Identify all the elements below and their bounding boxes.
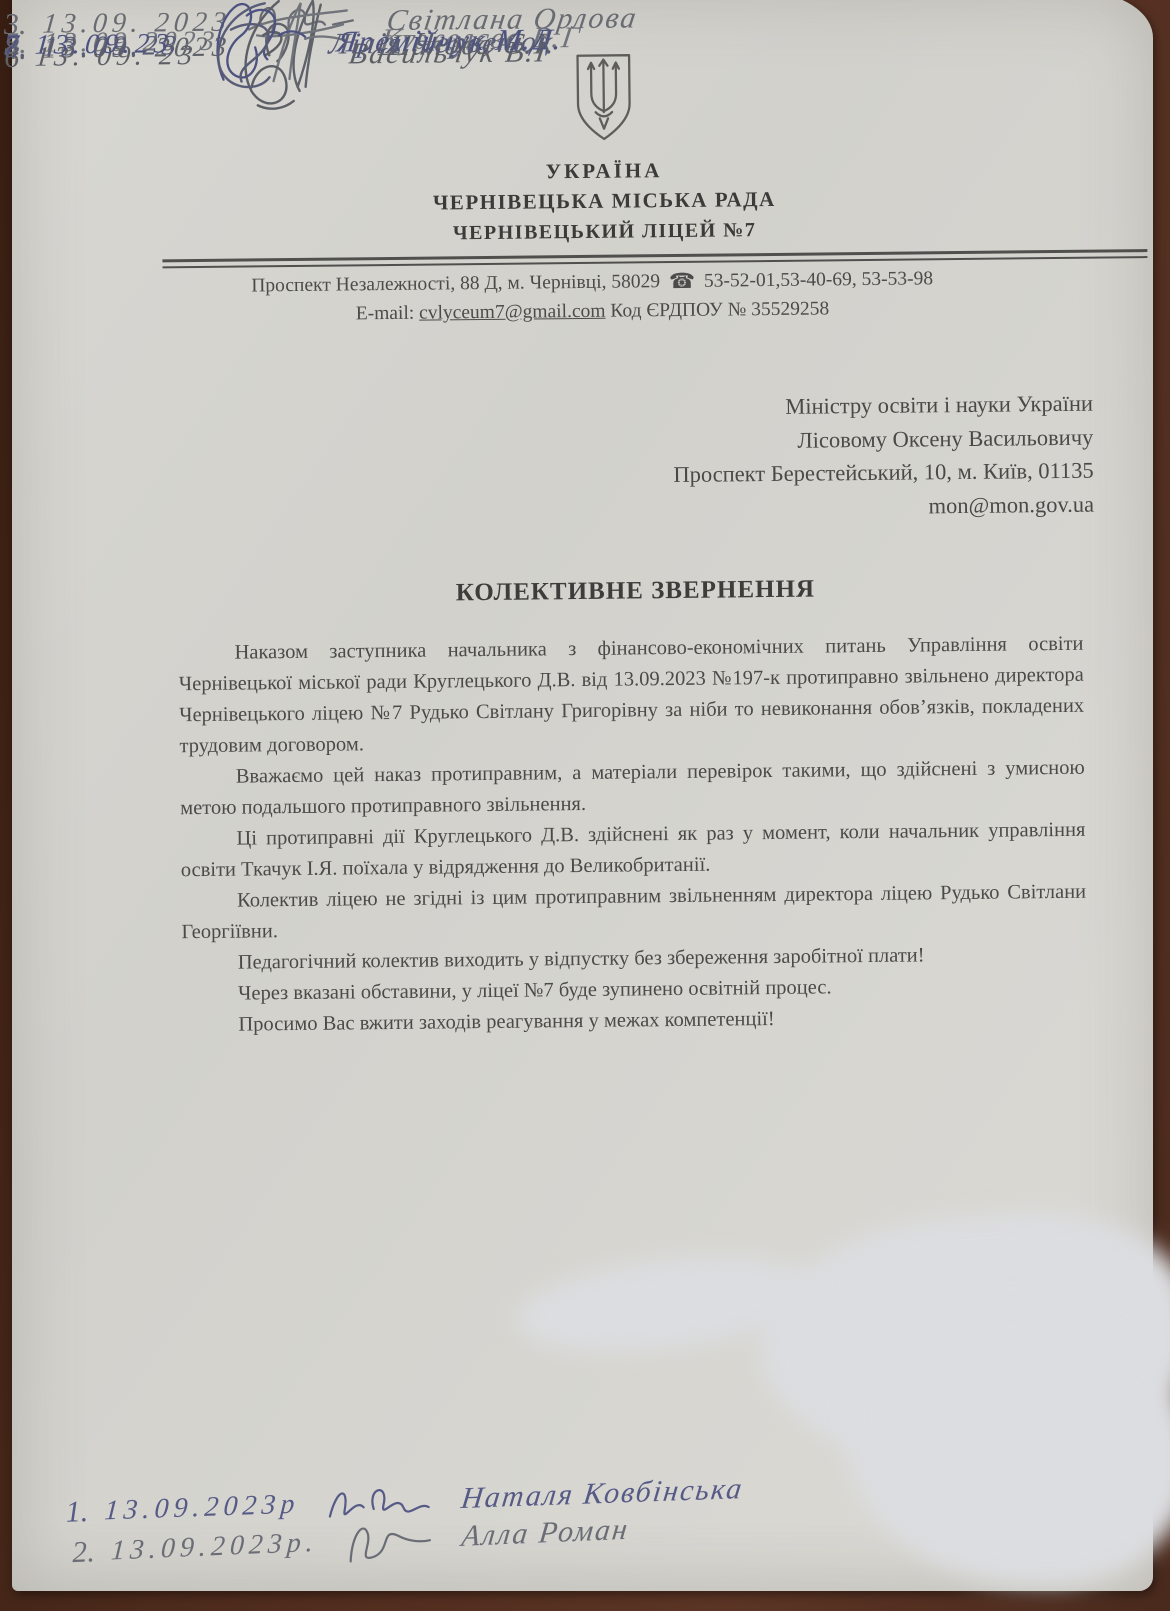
body-paragraph: Вважаємо цей наказ протиправним, а матер… xyxy=(180,753,1086,824)
body-paragraph: Ці протиправні дії Круглецького Д.В. зді… xyxy=(180,815,1086,886)
recipient-line: mon@mon.gov.ua xyxy=(674,487,1095,525)
signature-row: 8. 13.09.23 Лілія Червенюк xyxy=(4,0,554,98)
signature-number: 1. xyxy=(65,1495,89,1530)
body-paragraph: Наказом заступника начальника з фінансов… xyxy=(178,629,1084,762)
signature-scribble-icon xyxy=(204,0,301,96)
signature-number: 2. xyxy=(71,1535,95,1570)
letterhead-contacts: Проспект Незалежності, 88 Д, м. Чернівці… xyxy=(7,262,1149,332)
phone-numbers: 53-52-01,53-40-69, 53-53-98 xyxy=(704,268,933,291)
signature-name: Лілія Червенюк xyxy=(326,25,556,61)
signature-scribble-icon xyxy=(340,1514,434,1572)
photo-background: { "letterhead": { "country": "УКРАЇНА", … xyxy=(0,0,1170,1611)
recipient-block: Міністру освіти і науки України Лісовому… xyxy=(672,387,1094,525)
redaction-blob xyxy=(839,1296,1170,1590)
recipient-line: Проспект Берестейський, 10, м. Київ, 011… xyxy=(673,454,1094,492)
document-content: УКРАЇНА ЧЕРНІВЕЦЬКА МІСЬКА РАДА ЧЕРНІВЕЦ… xyxy=(4,0,1162,1597)
recipient-line: Лісовому Оксену Васильовичу xyxy=(673,420,1094,458)
signature-name: Алла Роман xyxy=(459,1513,630,1554)
document-page: УКРАЇНА ЧЕРНІВЕЦЬКА МІСЬКА РАДА ЧЕРНІВЕЦ… xyxy=(12,0,1153,1591)
signature-name: Наталя Ковбінська xyxy=(459,1472,745,1516)
edrpou-code: Код ЄРДПОУ № 35529258 xyxy=(610,298,829,321)
email-address: cvlyceum7@gmail.com xyxy=(419,301,606,324)
signature-date: 13.09.23 xyxy=(41,30,182,63)
street-address: Проспект Незалежності, 88 Д, м. Чернівці… xyxy=(251,271,660,296)
document-title: КОЛЕКТИВНЕ ЗВЕРНЕННЯ xyxy=(10,572,1151,612)
email-label: E-mail: xyxy=(356,303,415,325)
recipient-line: Міністру освіти і науки України xyxy=(672,387,1093,425)
signature-date: 13.09.2023р. xyxy=(110,1527,319,1568)
signature-number: 8. xyxy=(4,31,27,65)
signature-date: 13.09.2023р xyxy=(103,1489,300,1528)
body-paragraph: Колектив ліцею не згідні із цим протипра… xyxy=(181,877,1087,948)
telephone-icon: ☎ xyxy=(665,269,699,293)
document-body: Наказом заступника начальника з фінансов… xyxy=(178,629,1087,1041)
